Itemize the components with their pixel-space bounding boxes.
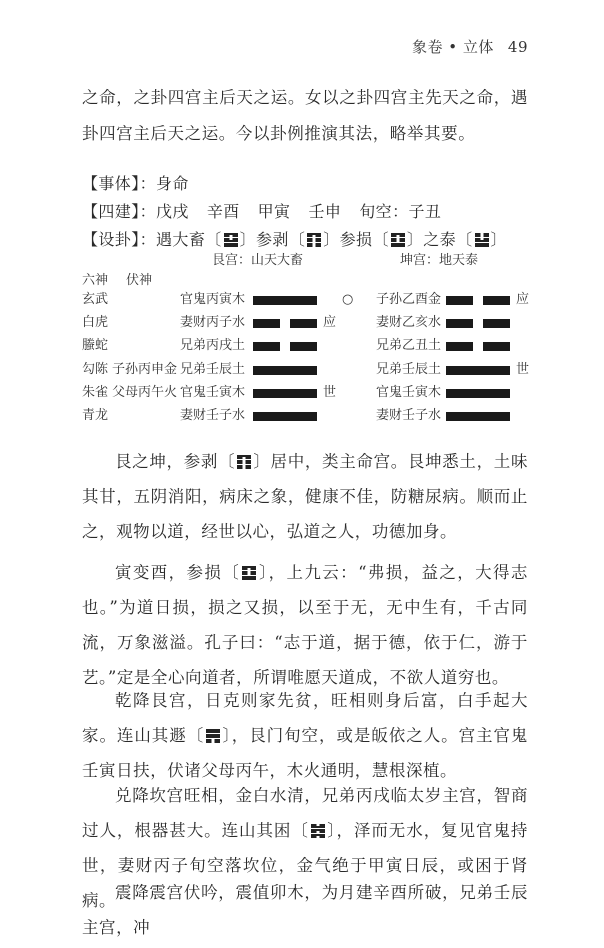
- right-yao-1-yin: [446, 296, 510, 305]
- left-label-6: 妻财壬子水: [180, 408, 245, 424]
- liushen-5: 朱雀: [82, 385, 108, 401]
- paragraph-1: 艮之坤，参剥〔〕居中，类主命宫。艮坤悉土，土味其甘，五阴消阳，病床之象，健康不佳…: [82, 444, 528, 549]
- fushen-4: 子孙丙申金: [112, 362, 177, 378]
- xunkong: 旬空：子丑: [359, 202, 441, 221]
- left-label-5: 官鬼壬寅木: [180, 385, 245, 401]
- sijian-month: 辛酉: [207, 202, 240, 221]
- shiti-key: 【事体】：: [82, 174, 156, 193]
- shiti-value: 身命: [156, 174, 189, 193]
- p2-part-a: 寅变酉，参损: [115, 563, 222, 582]
- left-yao-6-yang: [253, 412, 317, 421]
- paragraph-2-text: 寅变酉，参损〔〕，上九云：“弗损，益之，大得志也。”为道日损，损之又损，以至于无…: [82, 555, 528, 695]
- meta-shiti: 【事体】：身命: [82, 170, 507, 198]
- hexagram-bo-icon: [307, 233, 321, 247]
- right-label-5: 官鬼壬寅木: [376, 385, 441, 401]
- right-label-1: 子孙乙酉金: [376, 292, 441, 308]
- liushen-4: 勾陈: [82, 362, 108, 378]
- left-yao-4-yang: [253, 366, 317, 375]
- left-yao-2-yin: [253, 319, 317, 328]
- left-yao-3-yin: [253, 342, 317, 351]
- paragraph-3: 乾降艮宫，日克则家先贫，旺相则身后富，白手起大家。连山其遯〔〕，艮门旬空，或是皈…: [82, 683, 528, 788]
- hexagram-dun-icon: [206, 729, 220, 743]
- shegua-can1: 参剥: [256, 230, 289, 249]
- right-yao-6-yang: [446, 412, 510, 421]
- hexagram-sun-icon: [391, 233, 405, 247]
- page-number: 49: [508, 38, 528, 56]
- running-head: 象卷 • 立体49: [412, 36, 528, 57]
- sijian-hour: 壬申: [308, 202, 341, 221]
- shegua-key: 【设卦】：: [82, 230, 156, 249]
- fushen-5: 父母丙午火: [112, 385, 177, 401]
- right-label-6: 妻财壬子水: [376, 408, 441, 424]
- paragraph-1-text: 艮之坤，参剥〔〕居中，类主命宫。艮坤悉土，土味其甘，五阴消阳，病床之象，健康不佳…: [82, 444, 528, 549]
- right-yao-5-yang: [446, 389, 510, 398]
- hexagram-tai-icon: [475, 233, 489, 247]
- meta-shegua: 【设卦】：遇大畜〔〕参剥〔〕参损〔〕之泰〔〕: [82, 226, 507, 254]
- paragraph-5-text: 震降震宫伏吟，震值卯木，为月建辛酉所破，兄弟壬辰主宫，冲: [82, 875, 528, 945]
- shegua-can2: 参损: [340, 230, 373, 249]
- left-label-1: 官鬼丙寅木: [180, 292, 245, 308]
- col-header-liushen: 六神: [82, 273, 108, 289]
- hexagram-bo-icon: [237, 455, 251, 469]
- sijian-key: 【四建】：: [82, 202, 156, 221]
- liushen-2: 白虎: [82, 315, 108, 331]
- right-yao-2-yin: [446, 319, 510, 328]
- left-mark-2: 应: [323, 315, 336, 331]
- left-hexagram-title: 艮宫：山天大畜: [212, 253, 303, 269]
- paragraph-2: 寅变酉，参损〔〕，上九云：“弗损，益之，大得志也。”为道日损，损之又损，以至于无…: [82, 555, 528, 695]
- left-label-2: 妻财丙子水: [180, 315, 245, 331]
- chapter-title: 象卷 • 立体: [412, 38, 494, 56]
- left-label-3: 兄弟丙戌土: [180, 338, 245, 354]
- hexagram-kun-trouble-icon: [311, 824, 325, 838]
- sijian-day: 甲寅: [258, 202, 291, 221]
- right-hexagram-title: 坤宫：地天泰: [400, 253, 478, 269]
- right-yao-4-yang: [446, 366, 510, 375]
- paragraph-3-text: 乾降艮宫，日克则家先贫，旺相则身后富，白手起大家。连山其遯〔〕，艮门旬空，或是皈…: [82, 683, 528, 788]
- intro-paragraph: 之命，之卦四宫主后天之运。女以之卦四宫主先天之命，遇卦四宫主后天之运。今以卦例推…: [82, 80, 528, 152]
- right-label-2: 妻财乙亥水: [376, 315, 441, 331]
- right-mark-4: 世: [516, 362, 529, 378]
- shegua-yu: 遇大畜: [156, 230, 205, 249]
- paragraph-5: 震降震宫伏吟，震值卯木，为月建辛酉所破，兄弟壬辰主宫，冲: [82, 875, 528, 945]
- col-header-fushen: 伏神: [126, 273, 152, 289]
- liushen-1: 玄武: [82, 292, 108, 308]
- hexagram-daxu-icon: [224, 233, 238, 247]
- moving-mark-1: ○: [342, 292, 353, 308]
- right-label-3: 兄弟乙丑土: [376, 338, 441, 354]
- right-mark-1: 应: [516, 292, 529, 308]
- shegua-zhi: 之泰: [423, 230, 456, 249]
- intro-text: 之命，之卦四宫主后天之运。女以之卦四宫主先天之命，遇卦四宫主后天之运。今以卦例推…: [82, 80, 528, 152]
- right-label-4: 兄弟壬辰土: [376, 362, 441, 378]
- sijian-year: 戊戌: [156, 202, 189, 221]
- hexagram-sun-icon: [242, 566, 256, 580]
- meta-sijian: 【四建】：戊戌辛酉甲寅壬申旬空：子丑: [82, 198, 507, 226]
- left-yao-5-yang: [253, 389, 317, 398]
- liushen-6: 青龙: [82, 408, 108, 424]
- p1-part-a: 艮之坤，参剥: [115, 452, 218, 471]
- left-label-4: 兄弟壬辰土: [180, 362, 245, 378]
- liushen-3: 螣蛇: [82, 338, 108, 354]
- right-yao-3-yin: [446, 342, 510, 351]
- left-yao-1-yang: [253, 296, 317, 305]
- case-meta: 【事体】：身命 【四建】：戊戌辛酉甲寅壬申旬空：子丑 【设卦】：遇大畜〔〕参剥〔…: [82, 170, 507, 254]
- left-mark-5: 世: [323, 385, 336, 401]
